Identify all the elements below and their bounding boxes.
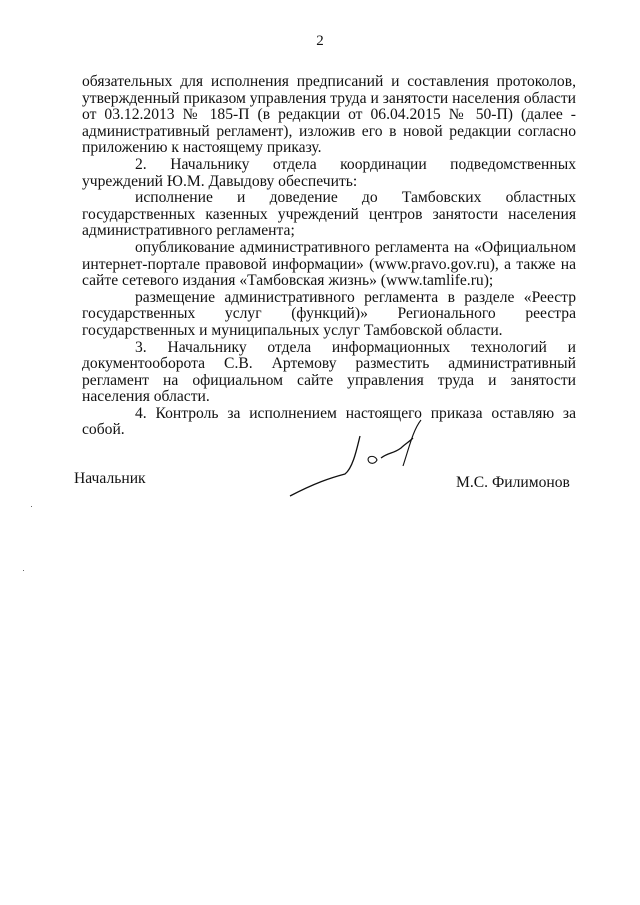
paragraph-subitem-execution: исполнение и доведение до Тамбовских обл… [82,190,576,240]
paragraph-subitem-publication: опубликование административного регламен… [82,240,576,290]
paragraph-continuation: обязательных для исполнения предписаний … [82,74,576,157]
document-body: обязательных для исполнения предписаний … [82,74,576,439]
paragraph-item-2: 2. Начальнику отдела координации подведо… [82,157,576,190]
handwritten-signature-icon [285,418,425,498]
scan-speck [31,506,32,507]
scan-speck [23,570,24,571]
page-number: 2 [0,33,640,50]
signer-position: Начальник [74,470,146,488]
paragraph-subitem-registry: размещение административного регламента … [82,290,576,340]
signer-name: М.С. Филимонов [456,474,570,492]
paragraph-item-3: 3. Начальнику отдела информационных техн… [82,340,576,406]
